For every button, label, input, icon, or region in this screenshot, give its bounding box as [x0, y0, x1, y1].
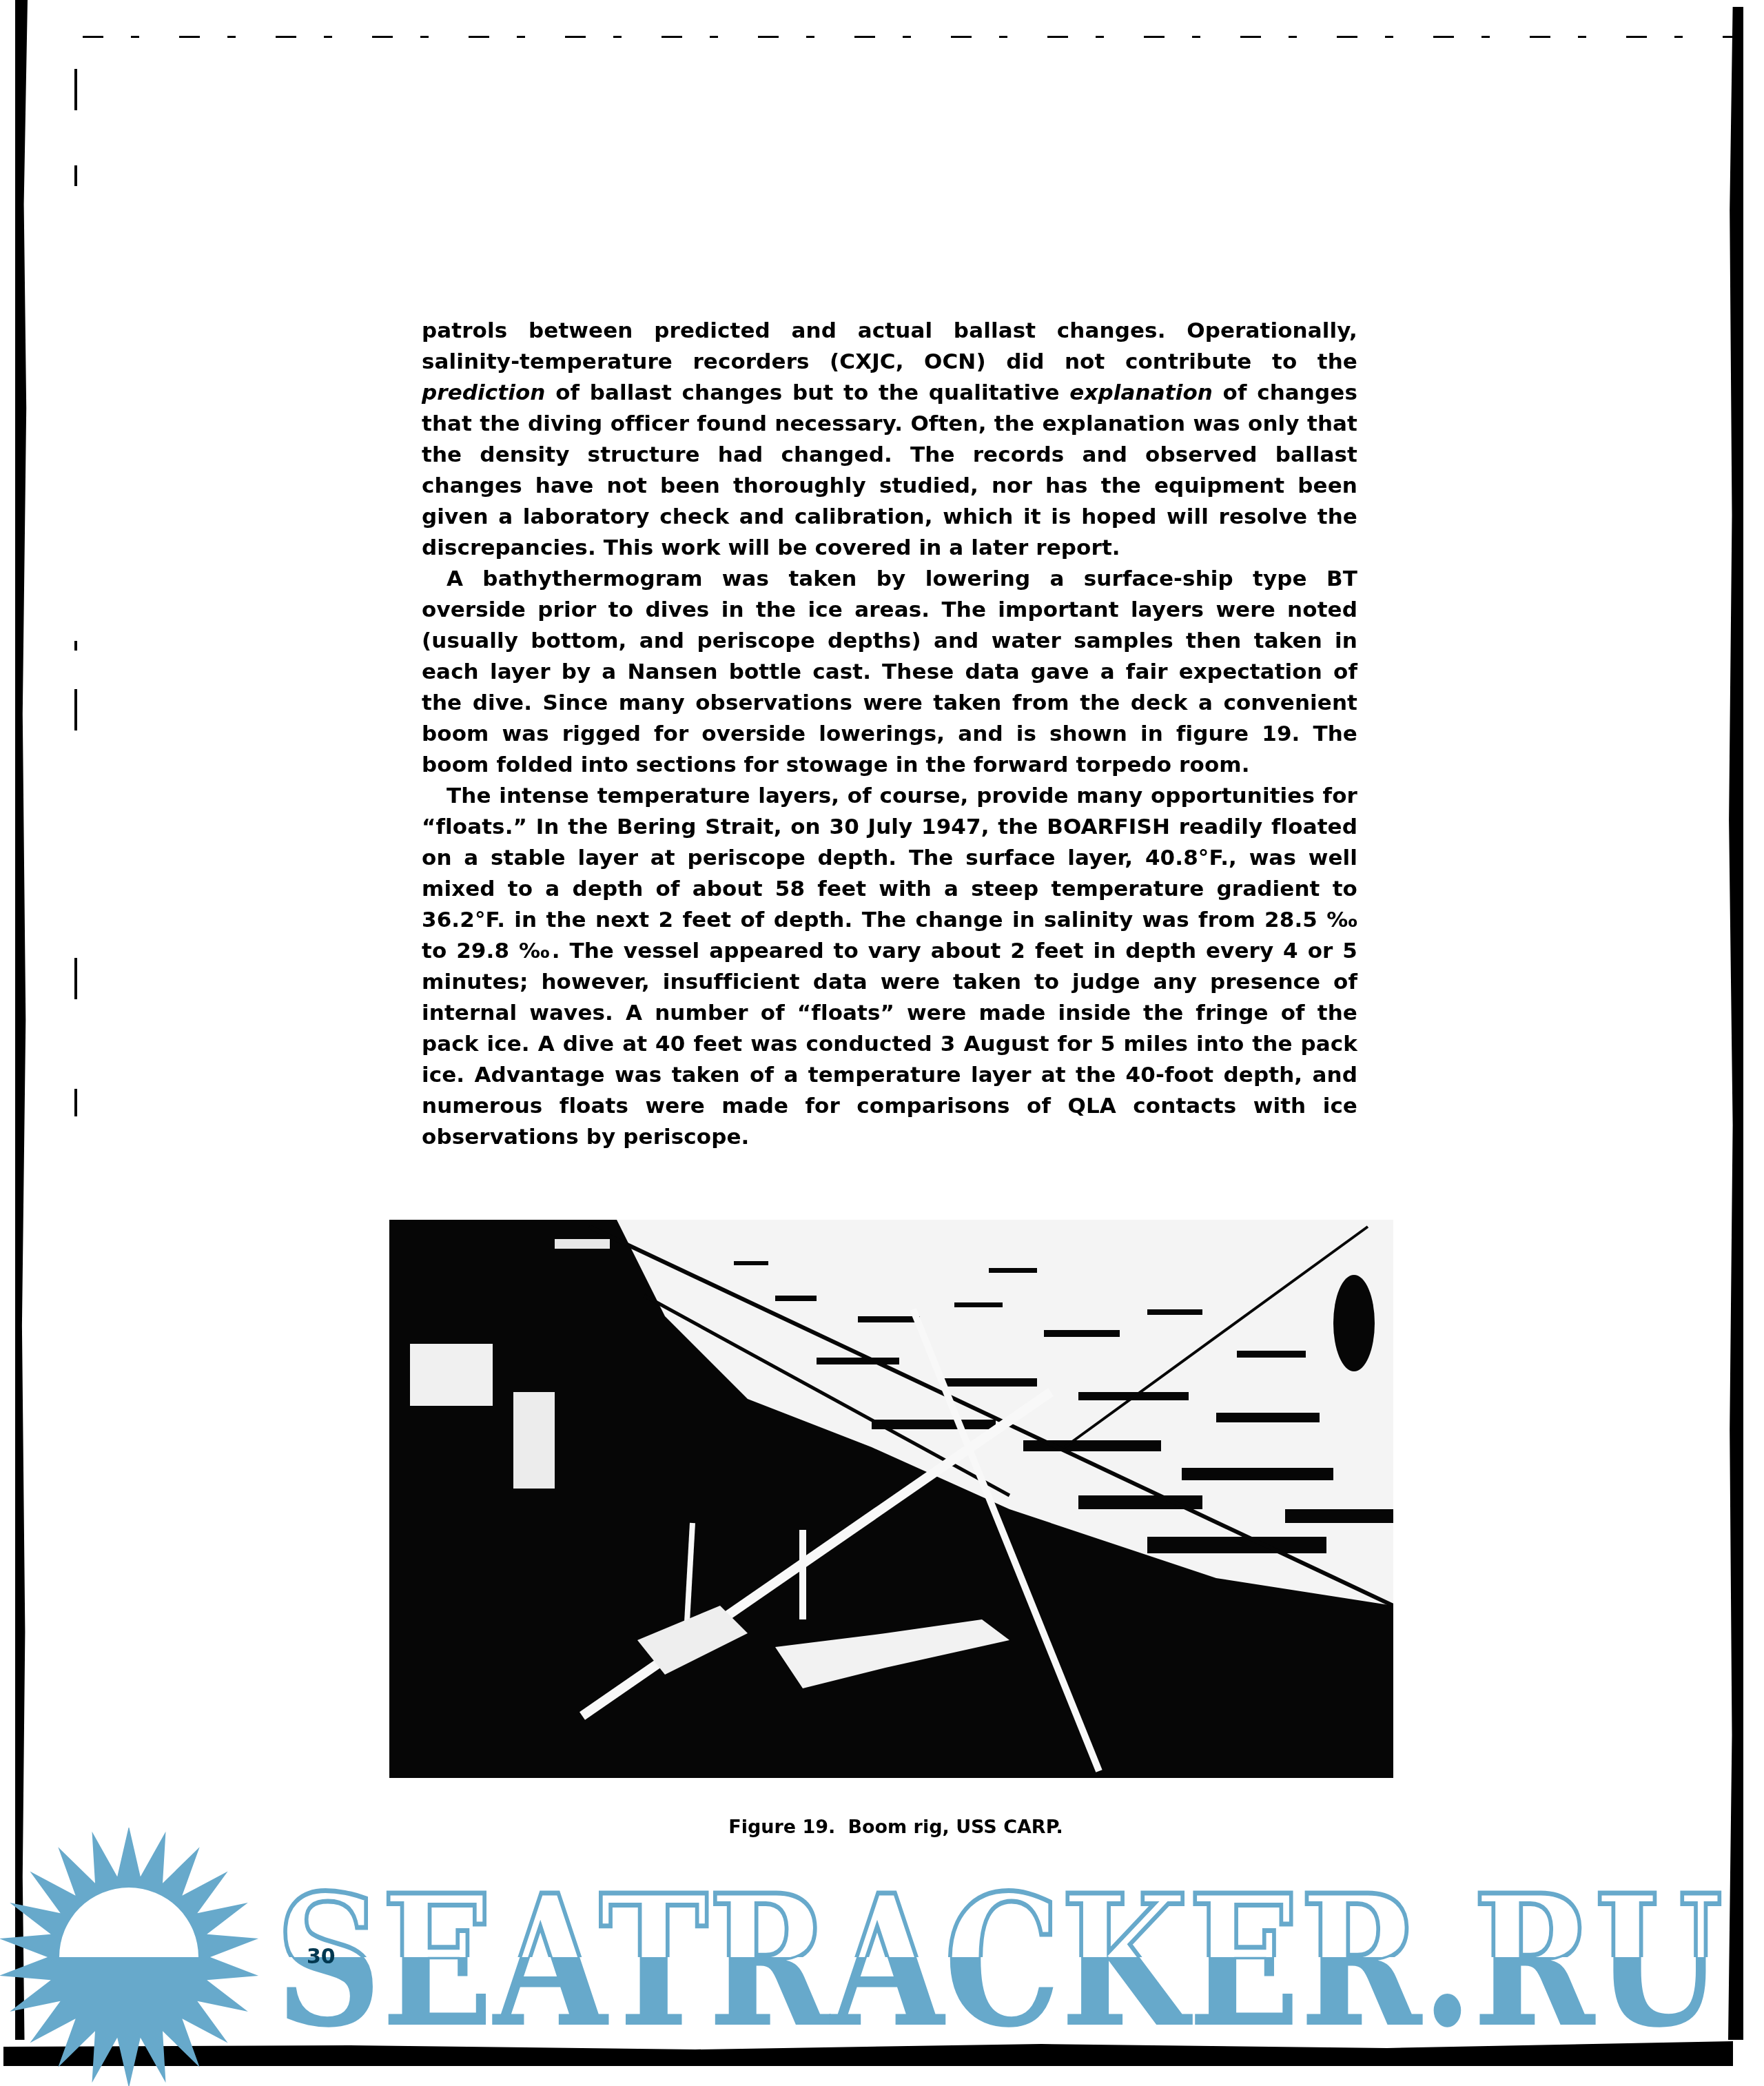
boom-rig-photo	[389, 1220, 1393, 1778]
figure-caption: Figure 19.Boom rig, USS CARP.	[689, 1817, 1102, 1838]
paragraph: A bathythermogram was taken by lowering …	[422, 564, 1357, 781]
right-scan-border	[1728, 7, 1743, 2040]
paragraph: The intense temperature layers, of cours…	[422, 781, 1357, 1153]
bottom-scan-border	[3, 2038, 1733, 2066]
margin-mark	[74, 689, 77, 730]
margin-mark	[74, 69, 77, 110]
sun-starburst-icon	[0, 1828, 262, 2086]
margin-mark	[74, 958, 77, 999]
figure-photo	[389, 1220, 1393, 1778]
margin-mark	[74, 165, 77, 186]
paragraph: patrols between predicted and actual bal…	[422, 316, 1357, 564]
watermark-logo: SEATRACKER.RU SEATRACKER.RU	[276, 1881, 1730, 2033]
page-number: 30	[307, 1945, 336, 1969]
body-text: patrols between predicted and actual bal…	[422, 316, 1357, 1153]
figure-label: Figure 19.	[728, 1817, 835, 1838]
margin-mark	[74, 1089, 77, 1116]
margin-mark	[74, 641, 77, 651]
document-page: patrols between predicted and actual bal…	[0, 0, 1764, 2086]
top-scan-artifact	[83, 36, 1750, 38]
left-scan-border	[15, 0, 28, 2040]
figure-caption-text: Boom rig, USS CARP.	[848, 1817, 1063, 1838]
